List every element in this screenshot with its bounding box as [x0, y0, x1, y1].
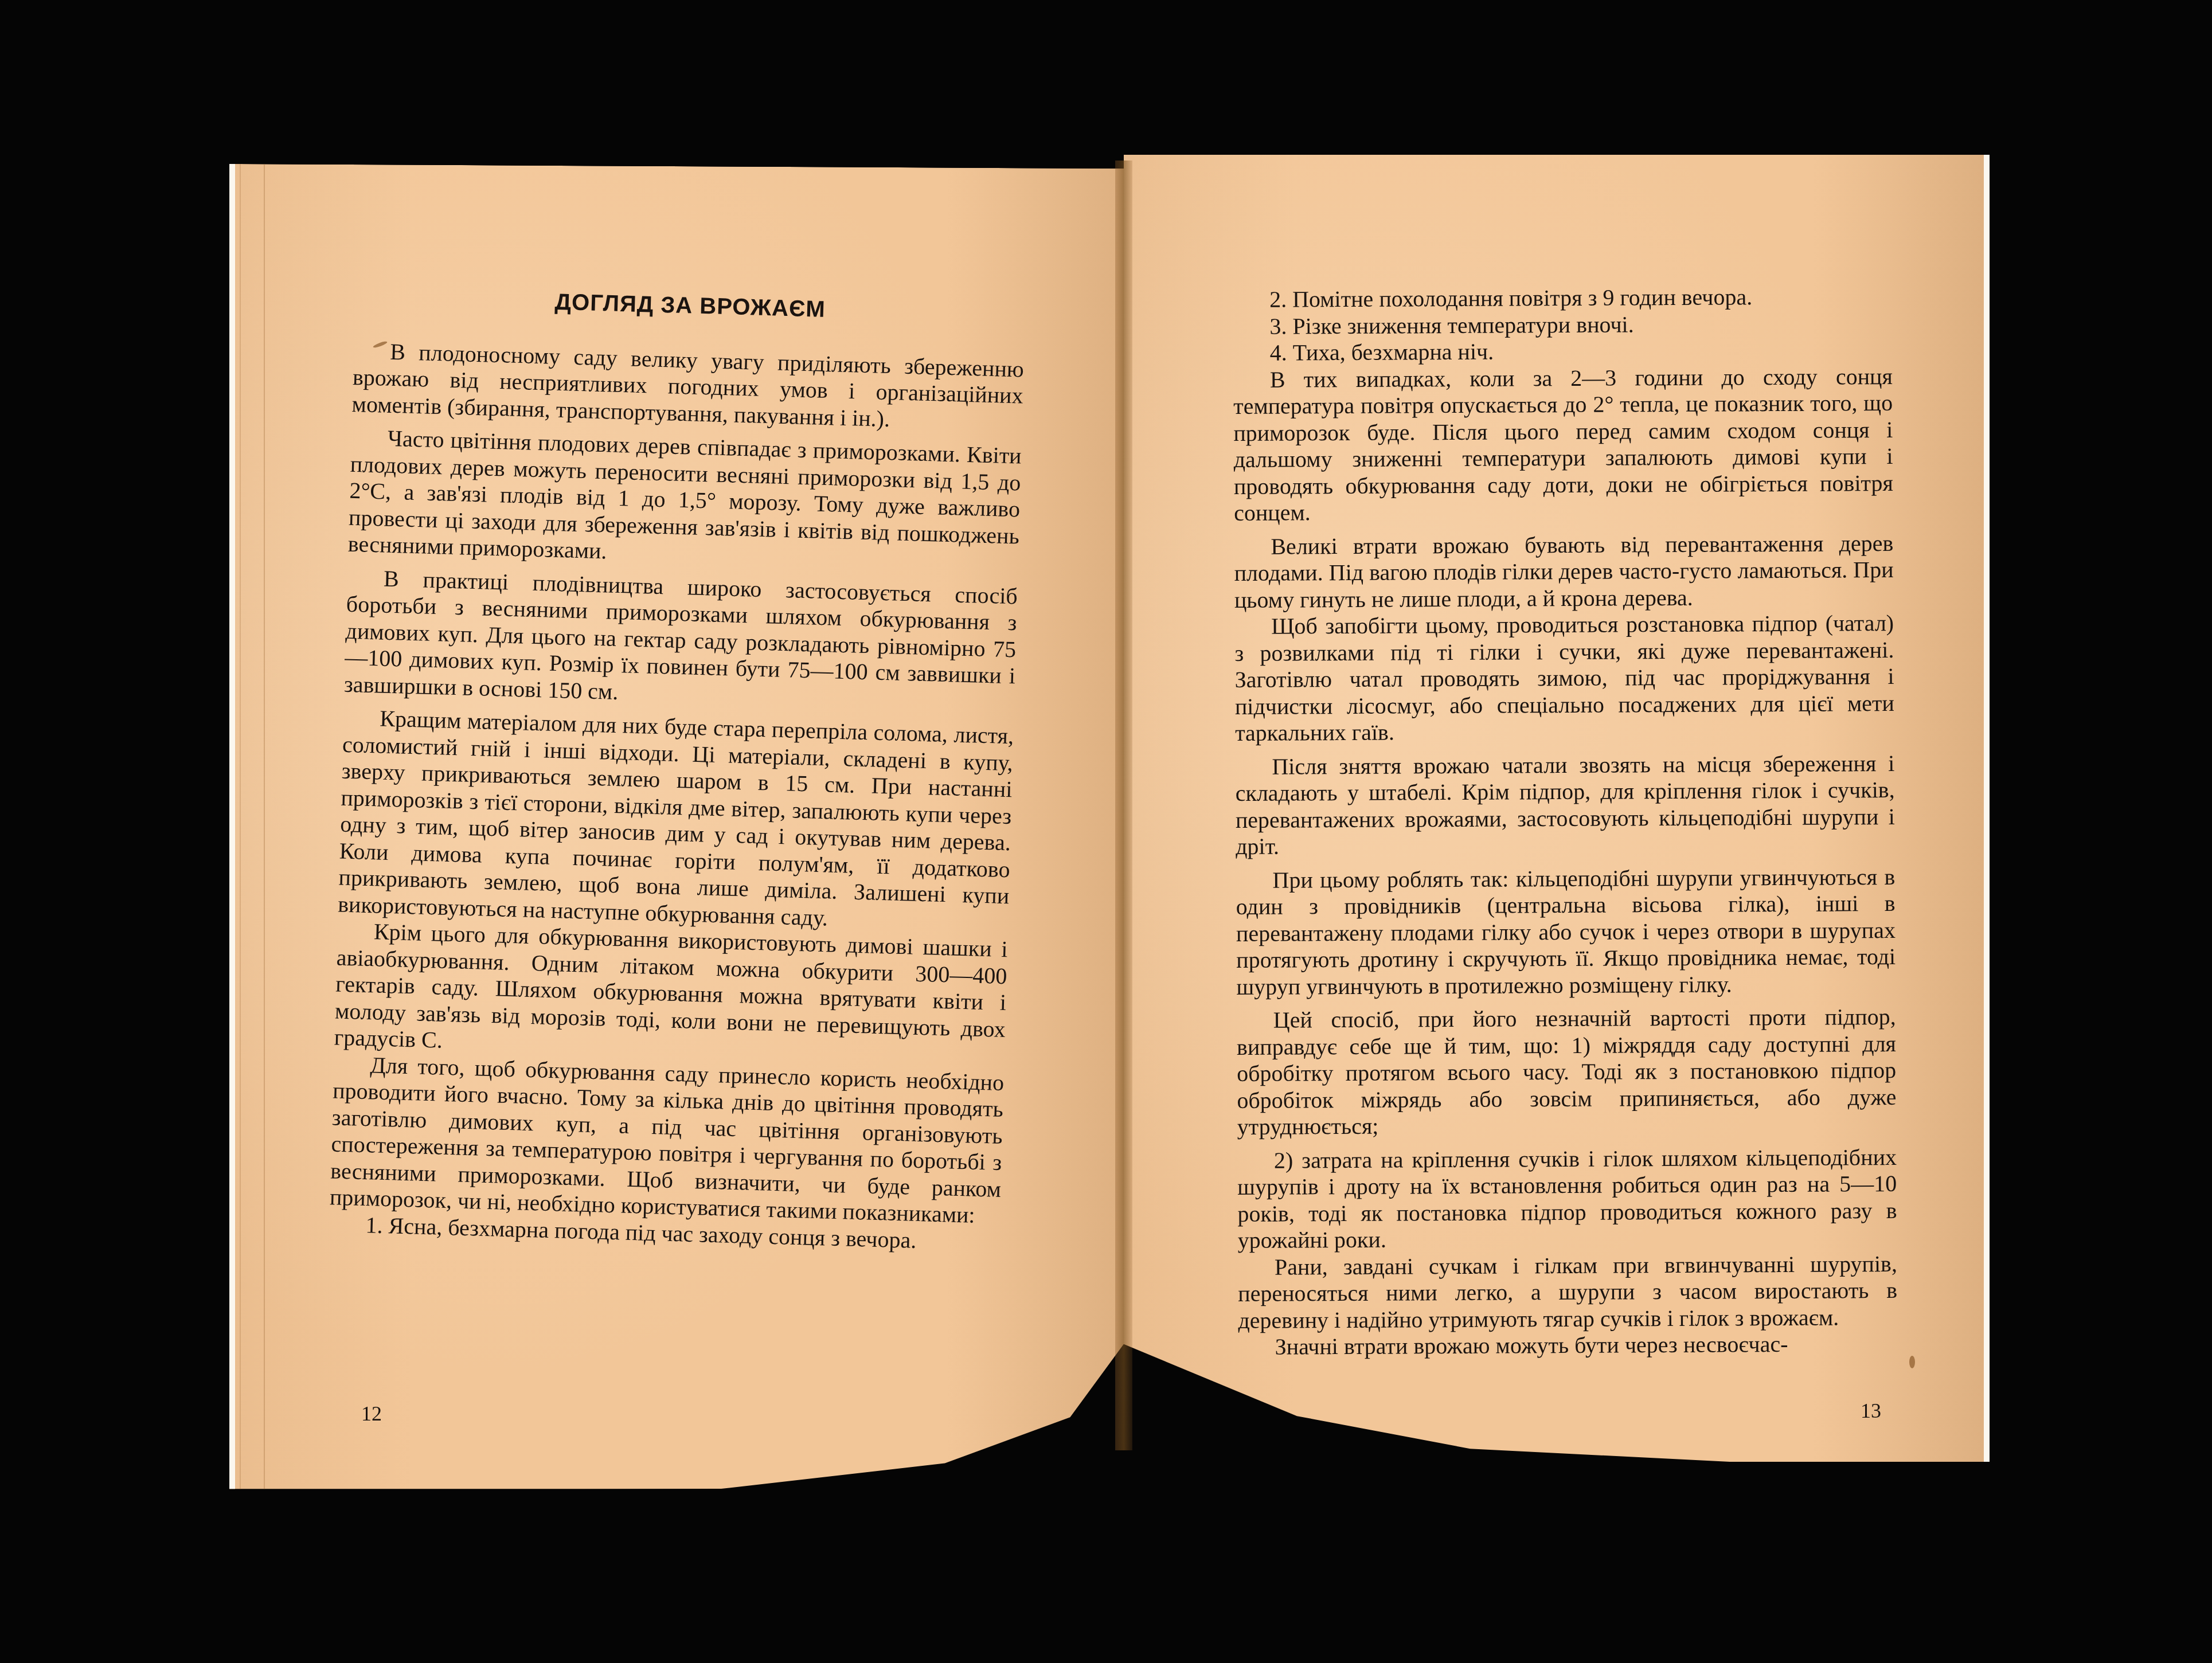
paper-speck	[1909, 1356, 1915, 1368]
paragraph: При цьому роблять так: кільцеподібні шур…	[1236, 863, 1896, 1000]
paragraph: 2) затрата на кріплення сучків і гілок ш…	[1237, 1144, 1897, 1254]
list-item: 2. Помітне похолодання повітря з 9 годин…	[1233, 283, 1892, 314]
paragraph: Часто цвітіння плодових дерев співпадає …	[347, 424, 1022, 576]
paragraph: В практиці плодівництва широко застосову…	[343, 564, 1018, 716]
list-item: 4. Тиха, безхмарна ніч.	[1233, 336, 1892, 367]
paragraph: В плодоносному саду велику увагу приділя…	[351, 337, 1024, 436]
paragraph: Великі втрати врожаю бувають від переван…	[1234, 530, 1894, 613]
paragraph: Кращим матеріалом для них буде стара пер…	[338, 705, 1014, 937]
list-item: 3. Різке зниження температури вночі.	[1233, 310, 1892, 340]
paragraph: Крім цього для обкурювання використовуют…	[334, 918, 1008, 1070]
paragraph: Рани, завдані сучкам і гілкам при вгвинч…	[1238, 1250, 1898, 1334]
page-number-right: 13	[1861, 1399, 1881, 1423]
paragraph: Значні втрати врожаю можуть бути через н…	[1238, 1331, 1898, 1361]
page-stack-edge	[240, 164, 265, 1500]
paragraph: Після зняття врожаю чатали звозять на мі…	[1235, 750, 1895, 860]
paragraph: Для того, щоб обкурювання саду принесло …	[329, 1051, 1004, 1230]
page-number-left: 12	[361, 1402, 382, 1426]
paragraph: Щоб запобігти цьому, проводиться розстан…	[1234, 610, 1894, 747]
paragraph: В тих випадках, коли за 2—3 години до сх…	[1233, 363, 1893, 526]
open-booklet-spread: ДОГЛЯД ЗА ВРОЖАЄМ В плодоносному саду ве…	[0, 0, 2212, 1663]
right-page-text: 2. Помітне похолодання повітря з 9 годин…	[1233, 283, 1898, 1360]
book-gutter	[1115, 161, 1132, 1450]
left-page-text: ДОГЛЯД ЗА ВРОЖАЄМ В плодоносному саду ве…	[329, 275, 1026, 1256]
paragraph: Цей спосіб, при його незначній вартості …	[1237, 1004, 1897, 1141]
